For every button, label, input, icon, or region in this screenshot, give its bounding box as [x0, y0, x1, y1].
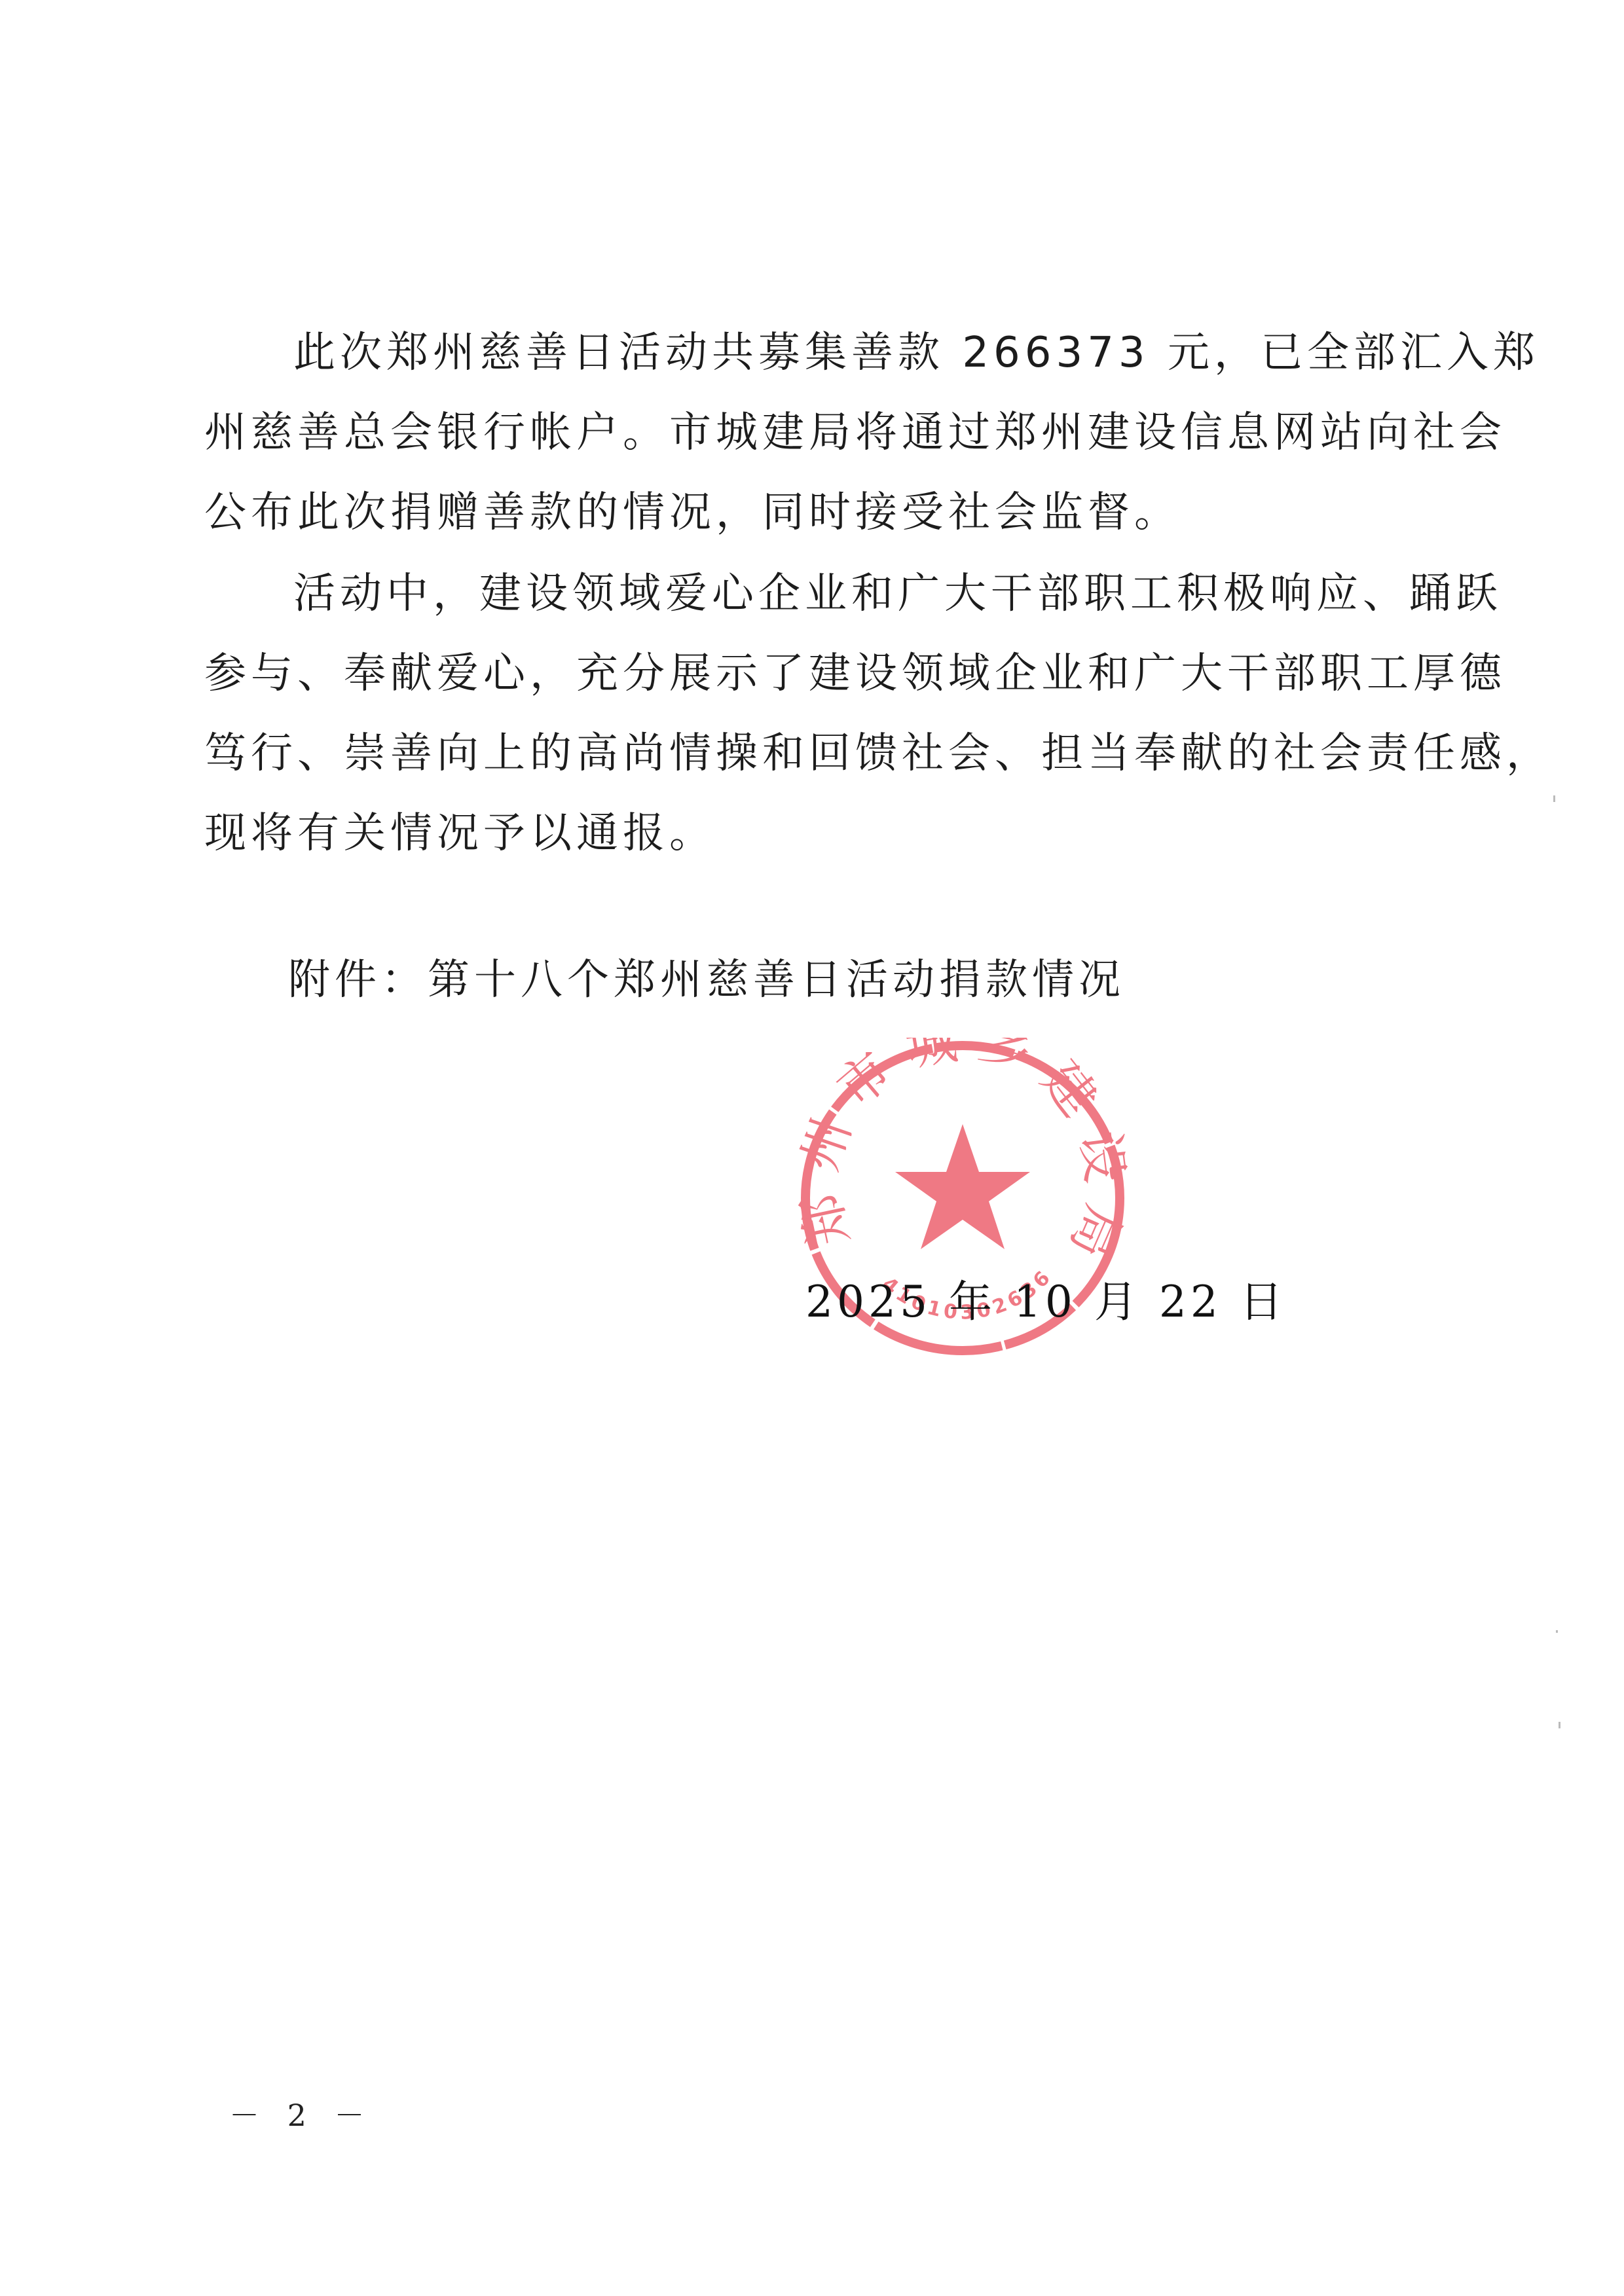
scan-speck [1556, 1630, 1558, 1633]
issue-date: 2025 年 10 月 22 日 [805, 1267, 1287, 1329]
text-line: 笃行、崇善向上的高尚情操和回馈社会、担当奉献的社会责任感， [204, 714, 1409, 793]
paragraph: 此次郑州慈善日活动共募集善款 266373 元，已全部汇入郑 州慈善总会银行帐户… [204, 313, 1409, 553]
text-line: 活动中，建设领域爱心企业和广大干部职工积极响应、踊跃 [204, 554, 1409, 634]
text-line: 公布此次捐赠善款的情况，同时接受社会监督。 [204, 473, 1409, 553]
paragraph: 活动中，建设领域爱心企业和广大干部职工积极响应、踊跃 参与、奉献爱心，充分展示了… [204, 554, 1409, 873]
page-number: － 2 － [229, 2092, 374, 2135]
text-line: 州慈善总会银行帐户。市城建局将通过郑州建设信息网站向社会 [204, 393, 1409, 473]
scan-speck [1559, 1722, 1560, 1728]
text-line: 此次郑州慈善日活动共募集善款 266373 元，已全部汇入郑 [204, 313, 1409, 393]
text-line: 现将有关情况予以通报。 [204, 793, 1409, 873]
paragraph-summary: 此次郑州慈善日活动共募集善款 266373 元，已全部汇入郑 州慈善总会银行帐户… [204, 313, 1409, 553]
paragraph-praise: 活动中，建设领域爱心企业和广大干部职工积极响应、踊跃 参与、奉献爱心，充分展示了… [204, 554, 1409, 873]
attachment-line: 附件：第十八个郑州慈善日活动捐款情况 [288, 946, 1125, 1006]
scan-speck [1553, 795, 1555, 802]
text-line: 参与、奉献爱心，充分展示了建设领域企业和广大干部职工厚德 [204, 634, 1409, 714]
document-page: 此次郑州慈善日活动共募集善款 266373 元，已全部汇入郑 州慈善总会银行帐户… [0, 0, 1624, 2296]
star-icon [895, 1124, 1030, 1249]
